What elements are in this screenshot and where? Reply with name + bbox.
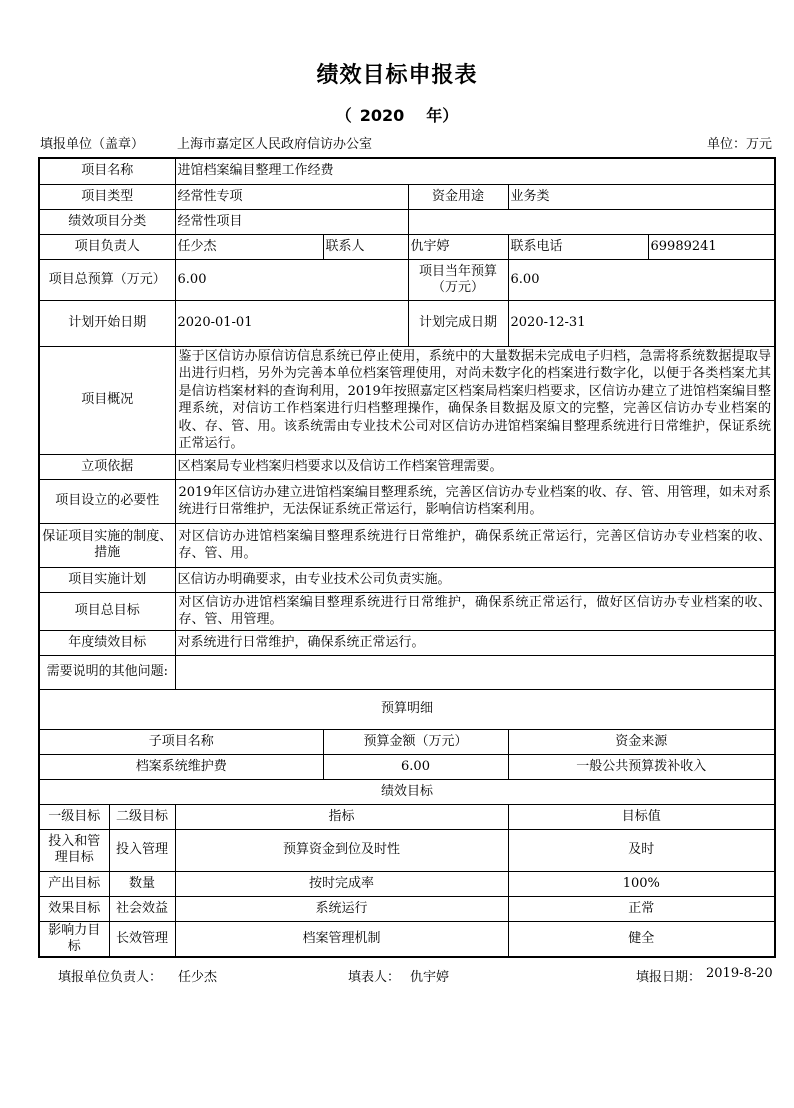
row-perf-title: 绩效目标 bbox=[39, 779, 775, 804]
perf-level2: 长效管理 bbox=[109, 921, 175, 957]
other-value bbox=[175, 655, 775, 689]
plan-value: 区信访办明确要求，由专业技术公司负责实施。 bbox=[175, 567, 775, 592]
basis-label: 立项依据 bbox=[39, 454, 175, 479]
row-budget: 项目总预算（万元） 6.00 项目当年预算（万元） 6.00 bbox=[39, 259, 775, 300]
perf-level1: 效果目标 bbox=[39, 896, 109, 921]
budget-header-name: 子项目名称 bbox=[39, 729, 323, 754]
perf-row: 效果目标 社会效益 系统运行 正常 bbox=[39, 896, 775, 921]
perf-level2: 投入管理 bbox=[109, 829, 175, 871]
row-other: 需要说明的其他问题: bbox=[39, 655, 775, 689]
performance-form-table: 项目名称 进馆档案编目整理工作经费 项目类型 经常性专项 资金用途 业务类 绩效… bbox=[38, 157, 776, 958]
perf-header-value: 目标值 bbox=[508, 804, 775, 829]
perf-class-empty bbox=[408, 209, 775, 234]
perf-header-level2: 二级目标 bbox=[109, 804, 175, 829]
end-date-value: 2020-12-31 bbox=[508, 300, 775, 346]
contact-value: 仇宇婷 bbox=[408, 234, 508, 259]
row-basis: 立项依据 区档案局专业档案归档要求以及信访工作档案管理需要。 bbox=[39, 454, 775, 479]
necessity-value: 2019年区信访办建立进馆档案编目整理系统，完善区信访办专业档案的收、存、管、用… bbox=[175, 479, 775, 523]
perf-level1: 产出目标 bbox=[39, 871, 109, 896]
perf-indicator: 档案管理机制 bbox=[175, 921, 508, 957]
perf-row: 投入和管理目标 投入管理 预算资金到位及时性 及时 bbox=[39, 829, 775, 871]
perf-value: 及时 bbox=[508, 829, 775, 871]
budget-row: 档案系统维护费 6.00 一般公共预算拨补收入 bbox=[39, 754, 775, 779]
footer-leader-label: 填报单位负责人： bbox=[58, 966, 162, 985]
budget-header-source: 资金来源 bbox=[508, 729, 775, 754]
start-date-value: 2020-01-01 bbox=[175, 300, 408, 346]
perf-value: 正常 bbox=[508, 896, 775, 921]
row-dates: 计划开始日期 2020-01-01 计划完成日期 2020-12-31 bbox=[39, 300, 775, 346]
measures-label: 保证项目实施的制度、措施 bbox=[39, 523, 175, 567]
form-title: 绩效目标申报表 bbox=[0, 58, 794, 89]
perf-value: 健全 bbox=[508, 921, 775, 957]
row-project-type: 项目类型 经常性专项 资金用途 业务类 bbox=[39, 184, 775, 209]
budget-item-source: 一般公共预算拨补收入 bbox=[508, 754, 775, 779]
row-perf-class: 绩效项目分类 经常性项目 bbox=[39, 209, 775, 234]
perf-header-level1: 一级目标 bbox=[39, 804, 109, 829]
budget-section-title: 预算明细 bbox=[39, 689, 775, 729]
unit-label: 填报单位（盖章） bbox=[40, 133, 144, 152]
row-project-name: 项目名称 进馆档案编目整理工作经费 bbox=[39, 158, 775, 184]
goal-label: 项目总目标 bbox=[39, 592, 175, 630]
year-budget-label: 项目当年预算（万元） bbox=[408, 259, 508, 300]
form-footer: 填报单位负责人： 任少杰 填表人： 仇宇婷 填报日期： 2019-8-20 bbox=[0, 966, 794, 986]
overview-value: 鉴于区信访办原信访信息系统已停止使用，系统中的大量数据未完成电子归档，急需将系统… bbox=[175, 346, 775, 454]
perf-header-indicator: 指标 bbox=[175, 804, 508, 829]
basis-value: 区档案局专业档案归档要求以及信访工作档案管理需要。 bbox=[175, 454, 775, 479]
row-necessity: 项目设立的必要性 2019年区信访办建立进馆档案编目整理系统，完善区信访办专业档… bbox=[39, 479, 775, 523]
perf-row: 产出目标 数量 按时完成率 100% bbox=[39, 871, 775, 896]
perf-header-row: 一级目标 二级目标 指标 目标值 bbox=[39, 804, 775, 829]
perf-level1: 影响力目标 bbox=[39, 921, 109, 957]
plan-label: 项目实施计划 bbox=[39, 567, 175, 592]
perf-class-value: 经常性项目 bbox=[175, 209, 408, 234]
row-annual-goal: 年度绩效目标 对系统进行日常维护，确保系统正常运行。 bbox=[39, 630, 775, 655]
budget-header-row: 子项目名称 预算金额（万元） 资金来源 bbox=[39, 729, 775, 754]
unit-value: 上海市嘉定区人民政府信访办公室 bbox=[177, 133, 372, 152]
year-open: （ bbox=[336, 106, 352, 125]
budget-item-amount: 6.00 bbox=[323, 754, 508, 779]
row-overview: 项目概况 鉴于区信访办原信访信息系统已停止使用，系统中的大量数据未完成电子归档，… bbox=[39, 346, 775, 454]
project-type-value: 经常性专项 bbox=[175, 184, 408, 209]
perf-level1: 投入和管理目标 bbox=[39, 829, 109, 871]
footer-filler: 仇宇婷 bbox=[410, 966, 449, 985]
perf-value: 100% bbox=[508, 871, 775, 896]
row-leader: 项目负责人 任少杰 联系人 仇宇婷 联系电话 69989241 bbox=[39, 234, 775, 259]
year-value: 2020 bbox=[360, 106, 405, 125]
unit-line: 填报单位（盖章） 上海市嘉定区人民政府信访办公室 单位：万元 bbox=[40, 133, 772, 153]
row-goal: 项目总目标 对区信访办进馆档案编目整理系统进行日常维护，确保系统正常运行，做好区… bbox=[39, 592, 775, 630]
budget-header-amount: 预算金额（万元） bbox=[323, 729, 508, 754]
perf-class-label: 绩效项目分类 bbox=[39, 209, 175, 234]
row-plan: 项目实施计划 区信访办明确要求，由专业技术公司负责实施。 bbox=[39, 567, 775, 592]
total-budget-label: 项目总预算（万元） bbox=[39, 259, 175, 300]
form-year: （2020年） bbox=[0, 103, 794, 126]
phone-value: 69989241 bbox=[648, 234, 775, 259]
measures-value: 对区信访办进馆档案编目整理系统进行日常维护，确保系统正常运行，完善区信访办专业档… bbox=[175, 523, 775, 567]
total-budget-value: 6.00 bbox=[175, 259, 408, 300]
row-measures: 保证项目实施的制度、措施 对区信访办进馆档案编目整理系统进行日常维护，确保系统正… bbox=[39, 523, 775, 567]
overview-label: 项目概况 bbox=[39, 346, 175, 454]
other-label: 需要说明的其他问题: bbox=[39, 655, 175, 689]
footer-date: 2019-8-20 bbox=[706, 966, 773, 981]
annual-goal-value: 对系统进行日常维护，确保系统正常运行。 bbox=[175, 630, 775, 655]
fund-use-label: 资金用途 bbox=[408, 184, 508, 209]
currency-unit: 单位：万元 bbox=[707, 133, 772, 152]
leader-label: 项目负责人 bbox=[39, 234, 175, 259]
row-budget-title: 预算明细 bbox=[39, 689, 775, 729]
start-date-label: 计划开始日期 bbox=[39, 300, 175, 346]
goal-value: 对区信访办进馆档案编目整理系统进行日常维护，确保系统正常运行，做好区信访办专业档… bbox=[175, 592, 775, 630]
fund-use-value: 业务类 bbox=[508, 184, 775, 209]
footer-filler-label: 填表人： bbox=[348, 966, 400, 985]
phone-label: 联系电话 bbox=[508, 234, 648, 259]
perf-indicator: 系统运行 bbox=[175, 896, 508, 921]
perf-level2: 社会效益 bbox=[109, 896, 175, 921]
project-name-label: 项目名称 bbox=[39, 158, 175, 184]
budget-item-name: 档案系统维护费 bbox=[39, 754, 323, 779]
performance-section-title: 绩效目标 bbox=[39, 779, 775, 804]
perf-row: 影响力目标 长效管理 档案管理机制 健全 bbox=[39, 921, 775, 957]
year-budget-value: 6.00 bbox=[508, 259, 775, 300]
project-type-label: 项目类型 bbox=[39, 184, 175, 209]
perf-indicator: 按时完成率 bbox=[175, 871, 508, 896]
contact-label: 联系人 bbox=[323, 234, 408, 259]
year-suffix: 年） bbox=[426, 106, 458, 125]
necessity-label: 项目设立的必要性 bbox=[39, 479, 175, 523]
annual-goal-label: 年度绩效目标 bbox=[39, 630, 175, 655]
footer-date-label: 填报日期： bbox=[636, 966, 701, 985]
project-name-value: 进馆档案编目整理工作经费 bbox=[175, 158, 775, 184]
leader-value: 任少杰 bbox=[175, 234, 323, 259]
perf-level2: 数量 bbox=[109, 871, 175, 896]
perf-indicator: 预算资金到位及时性 bbox=[175, 829, 508, 871]
footer-leader: 任少杰 bbox=[178, 966, 217, 985]
end-date-label: 计划完成日期 bbox=[408, 300, 508, 346]
